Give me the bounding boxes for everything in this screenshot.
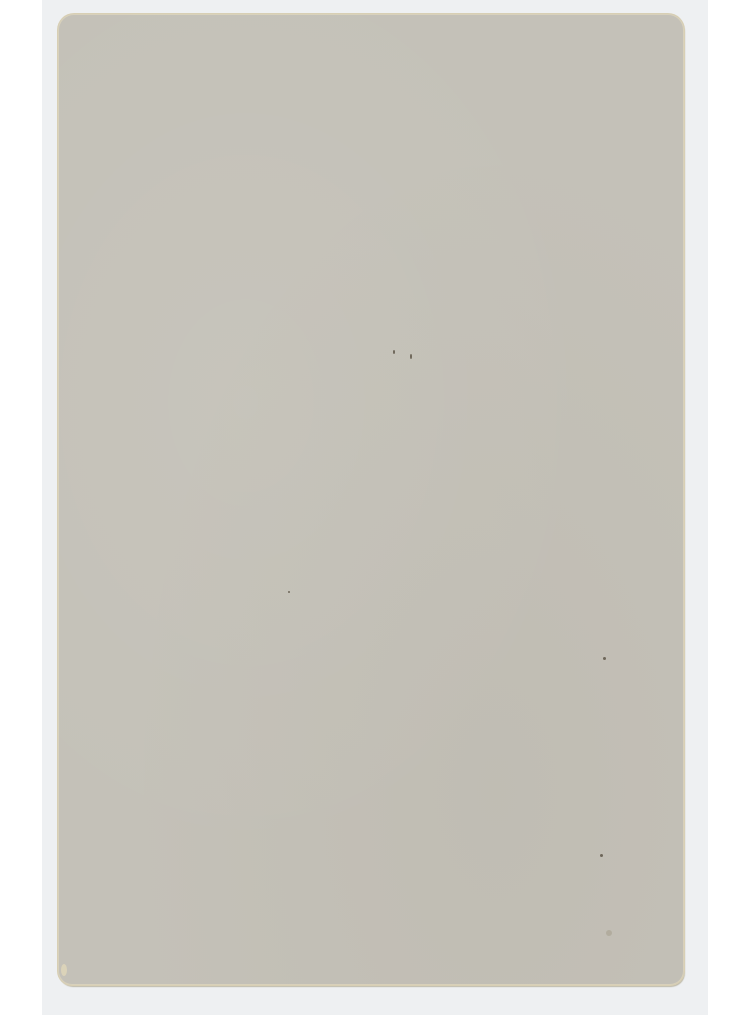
speck bbox=[393, 350, 395, 354]
speck bbox=[410, 354, 412, 359]
blank-card-back bbox=[58, 14, 684, 985]
speck bbox=[603, 657, 606, 660]
stain bbox=[61, 964, 67, 976]
stain bbox=[606, 930, 612, 936]
speck bbox=[600, 854, 603, 857]
speck bbox=[288, 591, 290, 593]
